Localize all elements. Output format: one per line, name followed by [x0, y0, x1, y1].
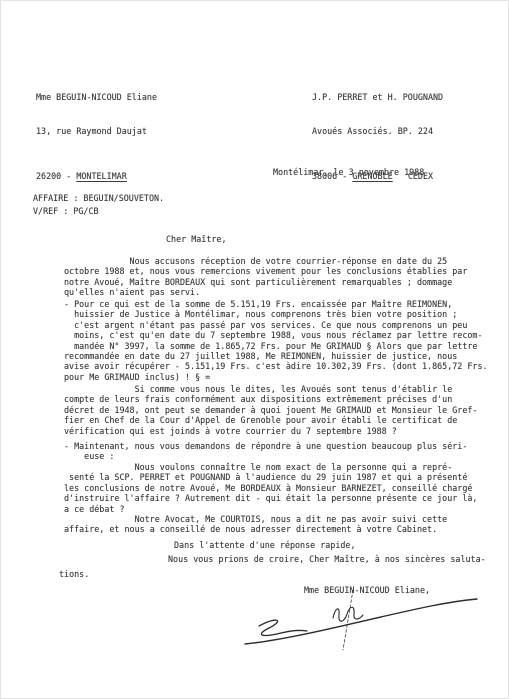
sender-city: MONTELIMAR [76, 171, 126, 181]
closing-line-3: tions. [59, 569, 89, 579]
sender-street: 13, rue Raymond Daujat [36, 126, 157, 136]
sender-name: Mme BEGUIN-NICOUD Eliane [36, 92, 157, 102]
recipient-address: J.P. PERRET et H. POUGNAND Avoués Associ… [312, 71, 443, 202]
paragraph-5: Nous voulons connaître le nom exact de l… [64, 462, 477, 535]
paragraph-2: - Pour ce qui est de la somme de 5.151,1… [64, 299, 488, 382]
closing-line-2: Nous vous prions de croire, Cher Maître,… [168, 554, 486, 564]
ref-vref: V/REF : PG/CB [33, 206, 99, 216]
scanned-letter-page: Mme BEGUIN-NICOUD Eliane 13, rue Raymond… [0, 0, 509, 699]
paragraph-3: Si comme vous nous le dites, les Avoués … [64, 384, 477, 436]
salutation: Cher Maître, [166, 234, 227, 244]
dateline: Montélimar, le 3 novembre 1988 [273, 167, 424, 177]
recipient-firm: Avoués Associés. BP. 224 [312, 126, 443, 136]
ref-affaire: AFFAIRE : BEGUIN/SOUVETON. [33, 193, 164, 203]
recipient-name: J.P. PERRET et H. POUGNAND [312, 92, 443, 102]
sender-postal: 26200 - [36, 171, 76, 181]
sender-city-line: 26200 - MONTELIMAR [36, 171, 157, 181]
closing-line-1: Dans l'attente d'une réponse rapide, [174, 540, 356, 550]
handwritten-signature [241, 586, 481, 656]
paragraph-4: - Maintenant, nous vous demandons de rép… [64, 441, 467, 462]
paragraph-1: Nous accusons réception de votre courrie… [64, 256, 467, 298]
sender-address: Mme BEGUIN-NICOUD Eliane 13, rue Raymond… [36, 71, 157, 202]
